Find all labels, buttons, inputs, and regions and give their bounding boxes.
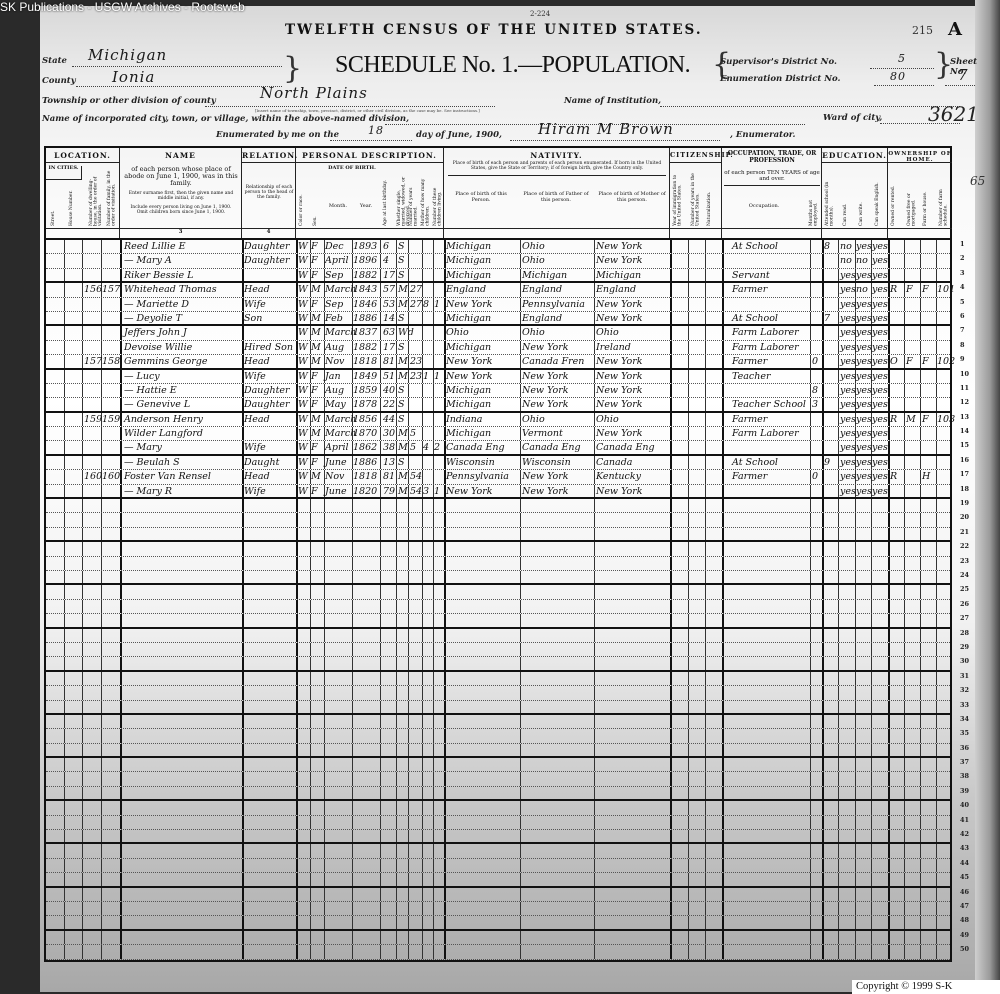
column-divider [904,298,905,311]
column-divider [380,629,381,642]
column-divider [408,441,409,453]
column-divider [904,398,905,410]
column-divider [822,830,824,842]
ward-label: Ward of city, [823,113,882,123]
cell-mc: 4 [423,441,429,455]
column-divider [670,485,672,497]
column-divider [82,413,83,426]
column-divider [705,269,706,281]
column-divider [855,744,856,756]
column-divider [822,614,824,626]
column-divider [810,772,811,785]
column-divider [396,398,397,410]
column-divider [904,701,905,713]
column-divider [310,787,311,799]
column-divider [722,744,724,756]
column-divider [444,672,446,685]
column-divider [120,341,122,354]
column-divider [670,341,672,354]
column-divider [822,269,824,281]
column-divider [822,686,824,699]
column-divider [705,312,706,324]
cell-race: W [298,254,308,268]
cell-rd: yes [840,427,856,441]
column-divider [64,254,65,267]
column-divider [722,571,724,583]
column-divider [594,945,595,958]
column-divider [120,355,122,367]
cell-rd: yes [840,326,856,340]
cell-ms: M [398,283,408,297]
column-divider [310,888,311,901]
cell-fh: F [922,413,929,427]
column-divider [120,729,122,742]
cell-sex: M [311,355,321,369]
column-divider [324,672,325,685]
column-divider [871,513,872,526]
column-divider [838,499,839,512]
column-divider [855,758,856,771]
column-divider [310,614,311,626]
table-row: 46 [46,888,950,902]
cell-en: yes [872,355,888,369]
column-divider [822,916,824,928]
column-divider [324,657,325,669]
column-divider [838,312,839,324]
column-divider [296,629,298,642]
form-ref-number: 2-224 [530,10,550,18]
column-divider [408,902,409,915]
column-divider [594,355,595,367]
column-divider [82,269,83,281]
table-row: Riker Bessie LWFSep188217SMichiganMichig… [46,269,950,283]
column-divider [242,614,244,626]
column-divider [422,470,423,483]
cell-sex: M [311,413,321,427]
column-divider [324,557,325,570]
cell-occ: Farmer [732,470,767,484]
column-divider [722,758,724,771]
column-divider [120,398,122,410]
column-divider [396,326,397,339]
column-divider [904,801,905,814]
column-divider [444,787,446,799]
column-divider [380,542,381,555]
column-divider [722,585,724,598]
column-divider [352,758,353,771]
cell-cl: 1 [434,370,440,384]
column-divider [408,629,409,642]
cell-mo: Nov [325,470,344,484]
column-divider [594,470,595,483]
cell-sex: M [311,341,321,355]
cell-occ: Teacher School [732,398,806,412]
column-divider [810,254,811,267]
column-divider [396,686,397,699]
column-divider [82,441,83,453]
column-divider [444,657,446,669]
column-divider [242,657,244,669]
line-number: 11 [960,384,980,392]
column-divider [594,873,595,885]
column-divider [64,801,65,814]
column-divider [310,816,311,829]
column-divider [670,298,672,311]
side-annotation: 65 [970,174,985,188]
line-number: 3 [960,269,980,277]
line-number: 8 [960,341,980,349]
column-divider [838,298,839,311]
column-divider [688,801,689,814]
column-divider [705,600,706,613]
column-divider [936,585,937,598]
column-divider [888,873,890,885]
cell-wr: yes [856,456,872,470]
column-divider [101,916,102,928]
column-divider [904,686,905,699]
column-divider [888,888,890,901]
column-divider [822,470,824,483]
column-divider [904,672,905,685]
column-divider [688,470,689,483]
column-divider [433,916,434,928]
column-divider [810,413,811,426]
cell-own: R [890,283,897,297]
column-divider [810,931,811,944]
cell-mo: Dec [325,240,344,254]
column-divider [64,283,65,296]
column-divider [670,729,672,742]
cell-rd: yes [840,370,856,384]
column-divider [594,456,595,469]
column-divider [688,844,689,857]
column-divider [594,844,595,857]
cell-yr: 1886 [353,456,377,470]
column-divider [520,528,521,540]
column-divider [688,945,689,958]
column-divider [810,470,811,483]
column-divider [920,787,921,799]
column-divider [324,859,325,872]
column-divider [688,283,689,296]
column-divider [594,859,595,872]
column-divider [871,729,872,742]
column-divider [888,686,890,699]
column-divider [242,758,244,771]
column-divider [888,844,890,857]
column-divider [594,398,595,410]
cell-yr: 1862 [353,441,377,455]
column-divider [888,312,890,324]
column-divider [64,456,65,469]
column-divider [871,844,872,857]
column-divider [352,585,353,598]
column-divider [822,542,824,555]
cell-race: W [298,240,308,254]
table-row: — MaryWifeWFApril186238M542Canada EngCan… [46,441,950,455]
column-divider [688,413,689,426]
column-divider [838,441,839,453]
cell-race: W [298,341,308,355]
column-divider [936,715,937,728]
line-number: 31 [960,672,980,680]
column-divider [101,873,102,885]
cell-ym: 5 [410,427,416,441]
column-divider [855,585,856,598]
cell-age: 63 [383,326,395,340]
column-divider [688,513,689,526]
column-divider [855,873,856,885]
cell-mb: New York [596,355,643,369]
cell-ms: M [398,485,408,499]
cell-occ: Farm Laborer [732,427,799,441]
column-divider [936,830,937,842]
cell-yr: 1882 [353,269,377,283]
column-divider [396,528,397,540]
column-divider [520,542,521,555]
cell-pb: Michigan [446,427,491,441]
column-divider [810,499,811,512]
column-divider [722,614,724,626]
column-divider [920,571,921,583]
column-divider [408,643,409,656]
column-divider [888,499,890,512]
column-divider [810,701,811,713]
column-divider [101,902,102,915]
column-divider [888,729,890,742]
cell-name: Riker Bessie L [124,269,193,283]
column-divider [120,744,122,756]
column-divider [380,341,381,354]
column-divider [871,657,872,669]
column-divider [380,772,381,785]
cell-rd: yes [840,312,856,326]
cell-pb: Pennsylvania [446,470,509,484]
cell-race: W [298,427,308,441]
column-divider [838,398,839,410]
column-divider [822,499,824,512]
column-divider [705,470,706,483]
column-divider [296,672,298,685]
column-divider [82,787,83,799]
column-divider [520,513,521,526]
cell-name: Anderson Henry [124,413,203,427]
column-divider [422,701,423,713]
column-divider [396,931,397,944]
column-divider [705,787,706,799]
cell-age: 38 [383,441,395,455]
column-divider [324,614,325,626]
column-divider [705,945,706,958]
column-divider [120,844,122,857]
column-divider [920,830,921,842]
column-divider [101,758,102,771]
column-divider [310,513,311,526]
column-divider [64,657,65,669]
table-row: 44 [46,859,950,873]
column-divider [380,729,381,742]
column-divider [520,600,521,613]
line-number: 6 [960,312,980,320]
column-divider [444,873,446,885]
column-divider [920,844,921,857]
column-divider [310,643,311,656]
column-divider [433,859,434,872]
column-divider [444,844,446,857]
column-divider [871,758,872,771]
cell-sex: M [311,283,321,297]
column-divider [408,614,409,626]
column-divider [296,614,298,626]
line-number: 32 [960,686,980,694]
cell-ms: S [398,254,405,268]
column-divider [822,801,824,814]
cell-fam: 160 [102,470,120,484]
column-divider [242,772,244,785]
column-divider [380,873,381,885]
column-divider [871,715,872,728]
column-divider [422,571,423,583]
column-divider [324,744,325,756]
column-divider [920,456,921,469]
column-divider [594,513,595,526]
column-divider [101,384,102,397]
column-divider [594,499,595,512]
column-divider [810,312,811,324]
column-divider [380,571,381,583]
cell-age: 53 [383,298,395,312]
column-divider [296,701,298,713]
column-divider [705,355,706,367]
column-divider [688,326,689,339]
column-divider [855,571,856,583]
column-divider [64,643,65,656]
table-row: — Genevive LDaughterWFMay187822SMichigan… [46,398,950,412]
cell-fb: Vermont [522,427,563,441]
cell-name: Reed Lillie E [124,240,186,254]
column-divider [82,427,83,440]
column-divider [822,384,824,397]
column-divider [380,355,381,367]
column-divider [688,355,689,367]
column-divider [82,801,83,814]
table-row: 20 [46,513,950,527]
enumeration-district-line [874,85,934,86]
cell-pb: Michigan [446,269,491,283]
column-divider [296,686,298,699]
column-divider [705,585,706,598]
column-divider [120,801,122,814]
column-divider [422,657,423,669]
column-divider [520,341,521,354]
column-divider [936,801,937,814]
column-divider [810,816,811,829]
column-divider [722,456,724,469]
column-divider [920,283,921,296]
column-divider [838,485,839,497]
cell-mb: Ireland [596,341,631,355]
column-divider [396,816,397,829]
line-number: 23 [960,557,980,565]
column-divider [101,240,102,253]
column-divider [705,614,706,626]
cell-wr: yes [856,298,872,312]
column-divider [670,427,672,440]
column-divider [120,427,122,440]
column-divider [594,312,595,324]
column-divider [242,326,244,339]
column-divider [688,686,689,699]
column-divider [838,629,839,642]
line-number: 46 [960,888,980,896]
cell-mb: New York [596,384,643,398]
column-divider [120,614,122,626]
column-divider [520,326,521,339]
column-divider [64,413,65,426]
column-divider [688,585,689,598]
cell-mc: 8 [423,298,429,312]
column-divider [688,830,689,842]
table-row: — Deyolie TSonWMFeb188614SMichiganEnglan… [46,312,950,326]
column-divider [822,772,824,785]
column-divider [380,456,381,469]
column-divider [296,715,298,728]
column-divider [352,801,353,814]
relation-header: RELATION. Relationship of each person to… [242,148,296,238]
cell-age: 40 [383,384,395,398]
column-divider [408,686,409,699]
column-divider [444,888,446,901]
column-divider [722,557,724,570]
column-divider [520,672,521,685]
cell-sex: M [311,427,321,441]
column-divider [64,629,65,642]
cell-mo: March [325,326,356,340]
cell-own: O [890,355,898,369]
column-divider [101,614,102,626]
column-divider [936,398,937,410]
column-divider [594,614,595,626]
column-divider [433,643,434,656]
column-divider [920,772,921,785]
column-divider [838,542,839,555]
column-divider [705,830,706,842]
enumerator-label: , Enumerator. [730,130,795,140]
column-divider [82,816,83,829]
column-divider [920,672,921,685]
column-divider [324,585,325,598]
column-divider [838,585,839,598]
column-divider [705,456,706,469]
column-divider [810,441,811,453]
column-divider [520,370,521,383]
column-divider [670,600,672,613]
column-divider [722,701,724,713]
column-divider [904,427,905,440]
cell-occ: Teacher [732,370,771,384]
column-divider [888,629,890,642]
column-divider [120,701,122,713]
cell-yr: 1820 [353,485,377,499]
column-divider [64,888,65,901]
column-divider [310,672,311,685]
column-divider [101,542,102,555]
table-row: 34 [46,715,950,729]
table-row: 47 [46,902,950,916]
column-divider [688,441,689,453]
column-divider [871,830,872,842]
incorporated-label: Name of incorporated city, town, or vill… [42,114,409,124]
